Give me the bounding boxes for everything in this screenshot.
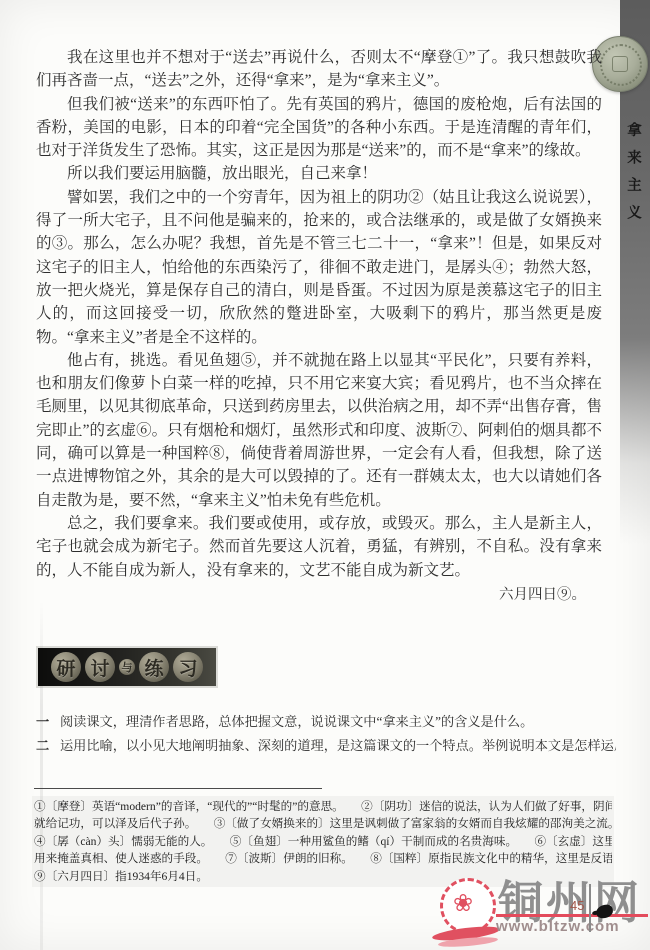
exercise-item: 一阅读课文，理清作者思路，总体把握文意，说说课文中“拿来主义”的含义是什么。 — [36, 710, 616, 734]
lesson-title-vertical: 拿来主义 — [623, 122, 644, 232]
site-watermark: ❀ 铜州网 www.bltzw.com — [432, 872, 650, 947]
banner-char: 与 — [119, 659, 135, 675]
banner-char: 讨 — [85, 652, 115, 682]
footnote-line: ④〔孱（càn）头〕懦弱无能的人。 ⑤〔鱼翅〕一种用鲨鱼的鳍（qí）干制而成的名… — [34, 833, 612, 850]
exercise-text: 阅读课文，理清作者思路，总体把握文意，说说课文中“拿来主义”的含义是什么。 — [60, 714, 533, 729]
essay-paragraph: 譬如罢，我们之中的一个穷青年，因为祖上的阴功②（姑且让我这么说说罢），得了一所大… — [36, 186, 602, 349]
essay-paragraph: 我在这里也并不想对于“送去”再说什么，否则太不“摩登①”了。我只想鼓吹我们再吝啬… — [36, 46, 602, 93]
banner-char: 研 — [51, 652, 81, 682]
essay-date-line: 六月四日⑨。 — [36, 584, 602, 607]
seal-core — [612, 56, 628, 72]
watermark-rule — [496, 914, 648, 917]
page-number: 45 — [570, 898, 584, 913]
textbook-page: 拿来主义 我在这里也并不想对于“送去”再说什么，否则太不“摩登①”了。我只想鼓吹… — [0, 0, 650, 950]
essay-body: 我在这里也并不想对于“送去”再说什么，否则太不“摩登①”了。我只想鼓吹我们再吝啬… — [36, 46, 602, 607]
essay-paragraph: 但我们被“送来”的东西吓怕了。先有英国的鸦片，德国的废枪炮，后有法国的香粉，美国… — [36, 93, 602, 163]
essay-paragraph: 他占有，挑选。看见鱼翅⑤，并不就抛在路上以显其“平民化”，只要有养料，也和朋友们… — [36, 349, 602, 512]
essay-paragraph: 所以我们要运用脑髓，放出眼光，自己来拿！ — [36, 162, 602, 185]
footnote-line: ①〔摩登〕英语“modern”的音译，“现代的”“时髦的”的意思。 ②〔阴功〕迷… — [34, 798, 612, 815]
exercise-number: 二 — [36, 734, 60, 758]
essay-paragraph: 总之，我们要拿来。我们要或使用，或存放，或毁灭。那么，主人是新主人，宅子也就会成… — [36, 512, 602, 582]
footnote-line: 就给记功，可以泽及后代子孙。 ③〔做了女婿换来的〕这里是讽刺做了富家翁的女婿而自… — [34, 815, 612, 832]
exercise-number: 一 — [36, 710, 60, 734]
page-corner-bar — [589, 884, 591, 932]
banner-char: 练 — [139, 652, 169, 682]
exercise-list: 一阅读课文，理清作者思路，总体把握文意，说说课文中“拿来主义”的含义是什么。 二… — [36, 710, 616, 758]
exercise-item: 二运用比喻，以小见大地阐明抽象、深刻的道理，是这篇课文的一个特点。举例说明本文是… — [36, 734, 616, 758]
watermark-url: www.bltzw.com — [496, 918, 620, 935]
footnote-separator — [34, 788, 322, 789]
footnote-line: 用来掩盖真相、使人迷惑的手段。 ⑦〔波斯〕伊朗的旧称。 ⑧〔国粹〕原指民族文化中… — [34, 850, 612, 867]
exercise-text: 运用比喻，以小见大地阐明抽象、深刻的道理，是这篇课文的一个特点。举例说明本文是怎… — [60, 738, 616, 753]
exercise-banner-image: 研 讨 与 练 习 — [38, 648, 216, 686]
flower-icon: ❀ — [453, 889, 473, 918]
banner-char: 习 — [173, 652, 203, 682]
